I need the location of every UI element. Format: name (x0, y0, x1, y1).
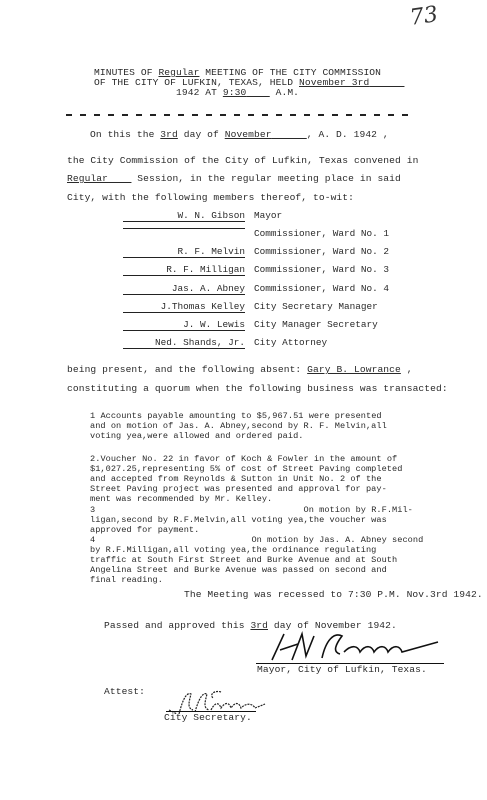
mayor-title: Mayor, City of Lufkin, Texas. (257, 664, 427, 675)
item-2: 2.Voucher No. 22 in favor of Koch & Fowl… (90, 454, 402, 504)
opening-line-2: the City Commission of the City of Lufki… (67, 155, 418, 166)
recess-line: The Meeting was recessed to 7:30 P.M. No… (184, 589, 483, 600)
mayor-signature (262, 630, 442, 666)
opening-line-1: On this the 3rd day of November , A. D. … (90, 129, 389, 140)
header-line-3: 1942 AT 9:30 A.M. (176, 87, 299, 98)
item-4: 4 On motion by Jas. A. Abney second by R… (90, 535, 423, 585)
document-page: 73 MINUTES OF Regular MEETING OF THE CIT… (0, 0, 487, 800)
quorum-line: constituting a quorum when the following… (67, 383, 448, 394)
opening-line-4: City, with the following members thereof… (67, 192, 354, 203)
item-3: 3 On motion by R.F.Mil- ligan,second by … (90, 505, 413, 535)
attest-label: Attest: (104, 686, 145, 697)
item-1: 1 Accounts payable amounting to $5,967.5… (90, 411, 387, 441)
opening-line-3: Regular Session, in the regular meeting … (67, 173, 401, 184)
handwritten-page-number: 73 (408, 2, 439, 31)
secretary-title: City Secretary. (164, 712, 252, 723)
absent-line: being present, and the following absent:… (67, 364, 413, 375)
separator-dashes (66, 114, 416, 116)
